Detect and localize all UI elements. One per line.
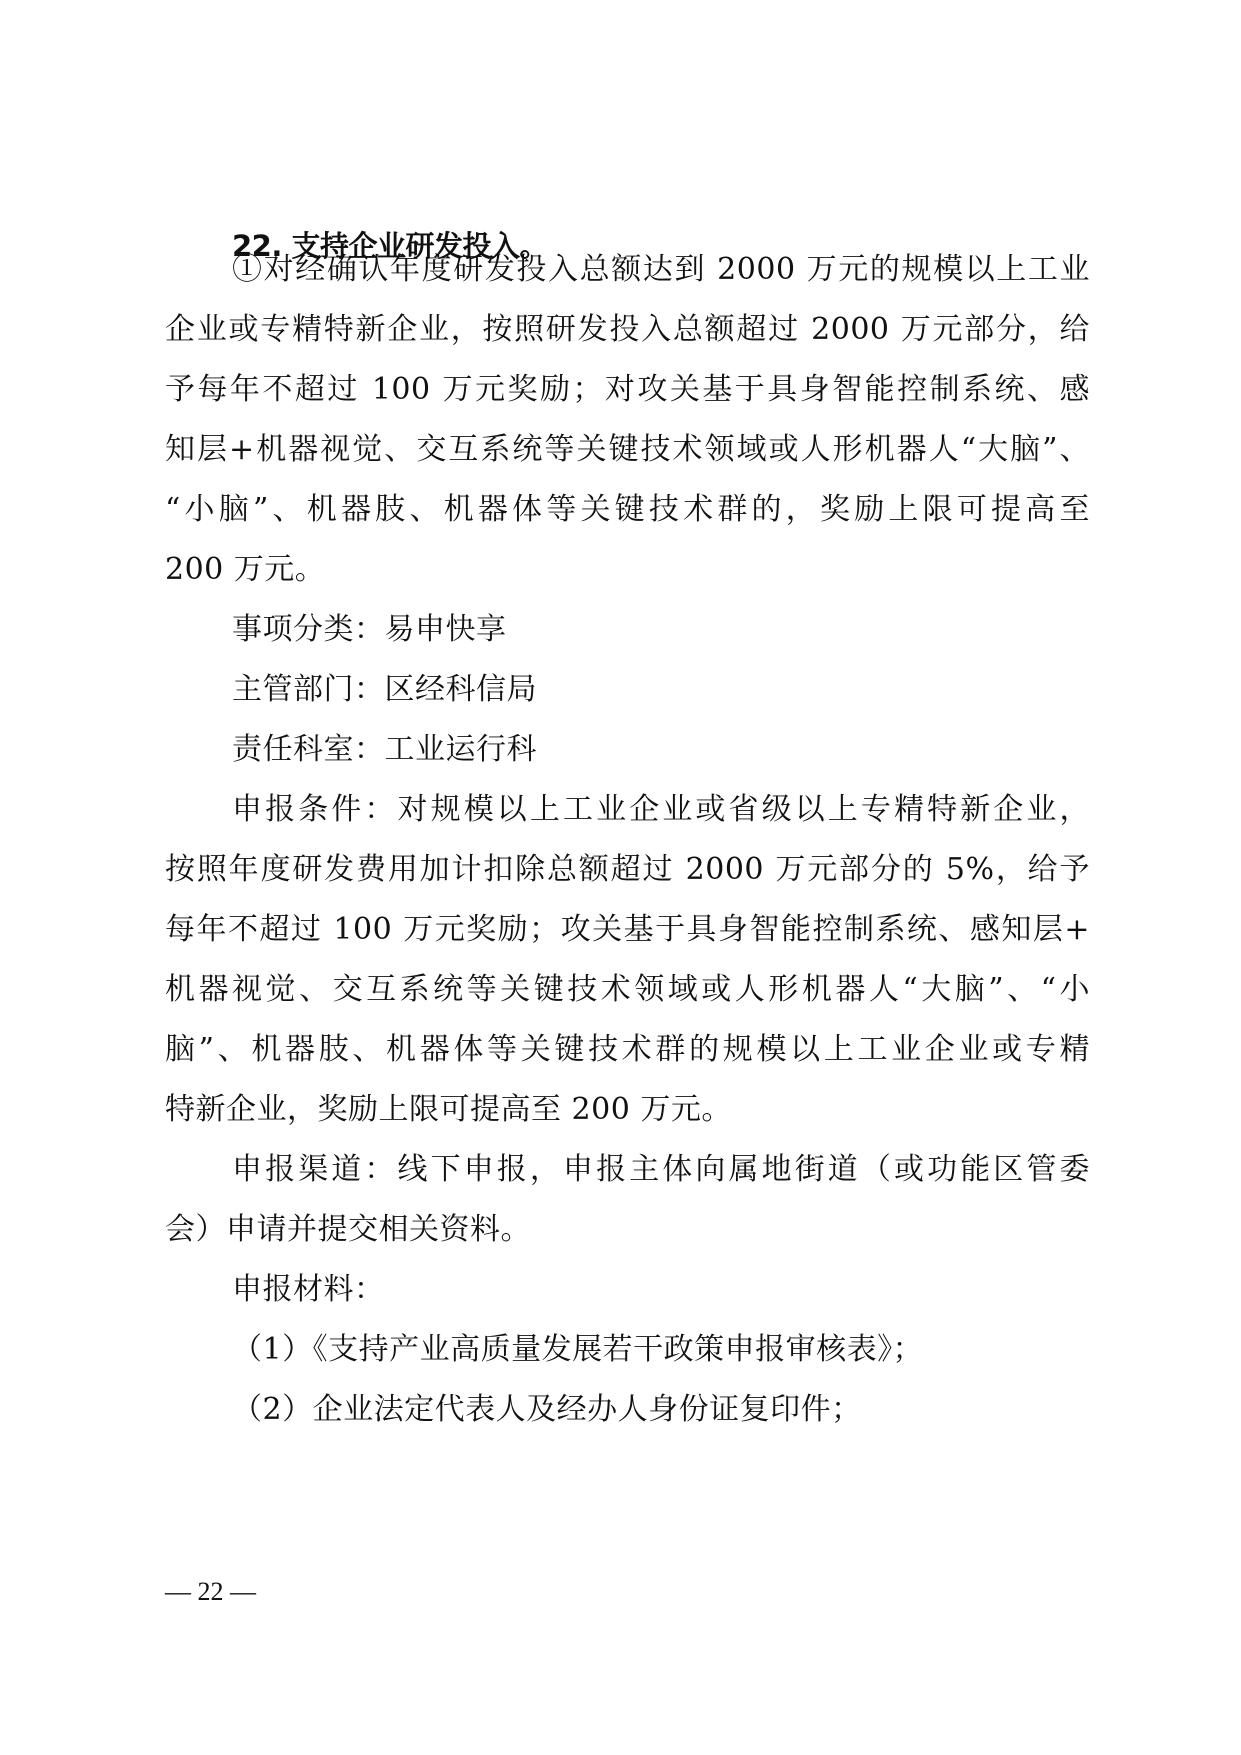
channel-line: 会）申请并提交相关资料。: [165, 1210, 1090, 1250]
department-field: 主管部门：区经科信局: [232, 670, 1090, 710]
conditions-line: 申报条件：对规模以上工业企业或省级以上专精特新企业，: [232, 790, 1090, 830]
materials-item: （1）《支持产业高质量发展若干政策申报审核表》；: [232, 1330, 1090, 1370]
policy-line: ①对经确认年度研发投入总额达到 2000 万元的规模以上工业: [232, 250, 1090, 290]
category-field: 事项分类：易申快享: [232, 610, 1090, 650]
office-field: 责任科室：工业运行科: [232, 730, 1090, 770]
conditions-line: 按照年度研发费用加计扣除总额超过 2000 万元部分的 5%，给予: [165, 850, 1090, 890]
policy-line: 企业或专精特新企业，按照研发投入总额超过 2000 万元部分，给: [165, 310, 1090, 350]
policy-line: 予每年不超过 100 万元奖励；对攻关基于具身智能控制系统、感: [165, 370, 1090, 410]
conditions-line: 每年不超过 100 万元奖励；攻关基于具身智能控制系统、感知层+: [165, 910, 1090, 950]
channel-line: 申报渠道：线下申报，申报主体向属地街道（或功能区管委: [232, 1150, 1090, 1190]
materials-item: （2）企业法定代表人及经办人身份证复印件；: [232, 1390, 1090, 1430]
conditions-line: 脑”、机器肢、机器体等关键技术群的规模以上工业企业或专精: [165, 1030, 1090, 1070]
document-page: 22. 支持企业研发投入。 ①对经确认年度研发投入总额达到 2000 万元的规模…: [0, 0, 1241, 1755]
policy-line: 200 万元。: [165, 550, 1090, 590]
page-number: — 22 —: [165, 1572, 256, 1612]
conditions-line: 特新企业，奖励上限可提高至 200 万元。: [165, 1090, 1090, 1130]
materials-label: 申报材料：: [232, 1270, 1090, 1310]
policy-line: 知层+机器视觉、交互系统等关键技术领域或人形机器人“大脑”、: [165, 430, 1090, 470]
policy-line: “小脑”、机器肢、机器体等关键技术群的，奖励上限可提高至: [165, 490, 1090, 530]
conditions-line: 机器视觉、交互系统等关键技术领域或人形机器人“大脑”、“小: [165, 970, 1090, 1010]
